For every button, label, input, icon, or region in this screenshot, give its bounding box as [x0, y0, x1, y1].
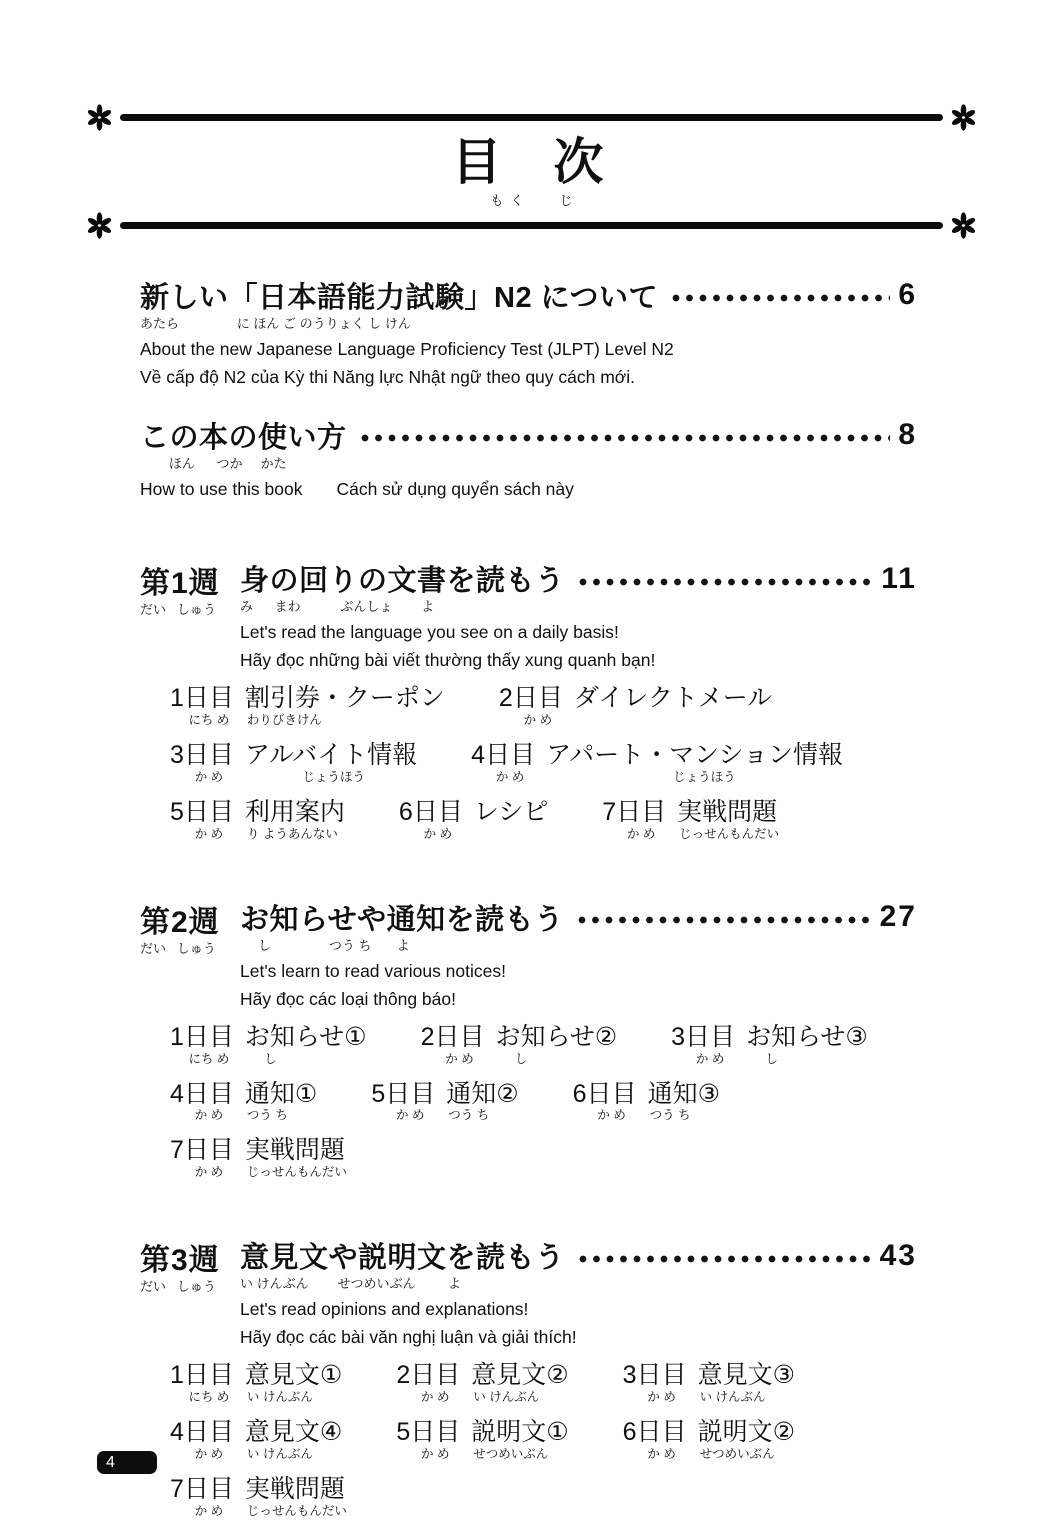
day-topic: アパート・マンション情報	[546, 741, 843, 770]
day-item: 1日目 お知らせ① にち め し	[170, 1023, 367, 1067]
day-topic-furigana: じっせんもんだい	[245, 1504, 347, 1519]
day-topic: 通知②	[446, 1080, 518, 1109]
entry-page-number: 6	[898, 278, 917, 312]
day-label-furigana: か め	[170, 1447, 234, 1462]
day-topic-furigana: せつめいぶん	[698, 1447, 795, 1462]
day-item: 4日目 意見文④ か め い けんぶん	[170, 1418, 342, 1462]
footer-page-number: 4	[106, 1454, 115, 1472]
day-item: 1日目 割引券・クーポン にち め わりびきけん	[170, 684, 445, 728]
day-label-furigana: か め	[371, 1108, 435, 1123]
week-page-number: 27	[880, 900, 917, 934]
day-label: 1日目	[170, 684, 234, 713]
day-topic-furigana: り ようあんない	[245, 827, 345, 842]
week-english-caption: Let's read opinions and explanations!	[240, 1299, 917, 1320]
day-item: 6日目 レシピ か め	[399, 798, 548, 842]
day-topic-furigana: じっせんもんだい	[677, 827, 779, 842]
day-topic: お知らせ①	[245, 1023, 367, 1052]
week-page-number: 43	[880, 1239, 917, 1273]
horizontal-rule	[120, 222, 943, 229]
week-title: お知らせや通知を読もう	[240, 897, 564, 938]
week-label-block: 第1週 だい しゅう	[140, 558, 240, 618]
week-label: 第1週	[140, 558, 240, 602]
day-topic-furigana: つう ち	[446, 1108, 518, 1123]
day-topic: 実戦問題	[245, 1136, 347, 1165]
week-label: 第3週	[140, 1235, 240, 1279]
day-item: 7日目 実戦問題 か め じっせんもんだい	[602, 798, 779, 842]
entry-english-caption: How to use this book	[140, 479, 302, 499]
week-label-furigana: だい しゅう	[140, 602, 240, 618]
day-topic-furigana: じょうほう	[546, 770, 843, 785]
day-topic: ダイレクトメール	[574, 684, 772, 713]
day-label-furigana: か め	[671, 1052, 735, 1067]
day-item: 4日目 通知① か め つう ち	[170, 1080, 317, 1124]
day-topic: 通知①	[245, 1080, 317, 1109]
day-item: 7日目 実戦問題 か め じっせんもんだい	[170, 1136, 347, 1180]
day-label: 6日目	[573, 1080, 637, 1109]
entry-caption-line: How to use this bookCách sử dụng quyển s…	[140, 479, 917, 500]
day-label: 1日目	[170, 1023, 234, 1052]
dot-leader	[670, 293, 890, 303]
day-item: 7日目 実戦問題 か め じっせんもんだい	[170, 1475, 347, 1519]
horizontal-rule	[120, 114, 943, 121]
day-topic: 利用案内	[245, 798, 345, 827]
day-label: 5日目	[396, 1418, 460, 1447]
day-label-furigana: か め	[573, 1108, 637, 1123]
entry-vietnamese-caption: Về cấp độ N2 của Kỳ thi Năng lực Nhật ng…	[140, 367, 917, 388]
day-topic-furigana: せつめいぶん	[471, 1447, 568, 1462]
day-label: 5日目	[371, 1080, 435, 1109]
day-label-furigana: にち め	[170, 1390, 234, 1405]
day-topic: 意見文①	[245, 1361, 342, 1390]
week-3-section: 第3週 だい しゅう 意見文や説明文を読もう 43 い けんぶん せつめいぶん …	[140, 1235, 917, 1519]
day-topic-furigana: じっせんもんだい	[245, 1165, 347, 1180]
day-label: 2日目	[421, 1023, 485, 1052]
day-topic: アルバイト情報	[245, 741, 417, 770]
day-topic-furigana: つう ち	[648, 1108, 720, 1123]
toc-header: 目 次 も く じ	[0, 0, 1063, 239]
header-rule-bottom	[86, 212, 977, 239]
day-label-furigana: か め	[623, 1447, 687, 1462]
front-entries: 新しい「日本語能力試験」N2 について 6 あたら に ほん ご のうりょく し…	[140, 275, 917, 501]
day-label: 3日目	[623, 1361, 687, 1390]
day-label-furigana: にち め	[170, 713, 234, 728]
entry-title: この本の使い方	[140, 415, 347, 456]
day-topic-furigana	[474, 827, 548, 842]
day-topic-furigana: し	[495, 1052, 617, 1067]
day-label-furigana: か め	[499, 713, 563, 728]
day-item: 5日目 利用案内 か め り ようあんない	[170, 798, 345, 842]
day-topic: 説明文②	[698, 1418, 795, 1447]
day-label-furigana: か め	[170, 827, 234, 842]
day-topic-furigana: し	[245, 1052, 367, 1067]
day-topic-furigana: い けんぶん	[245, 1447, 342, 1462]
day-label-furigana: か め	[471, 770, 535, 785]
footer-page-number-badge: 4	[97, 1451, 157, 1474]
day-label: 4日目	[170, 1418, 234, 1447]
flower-asterisk-icon	[86, 212, 113, 239]
entry-vietnamese-caption: Cách sử dụng quyển sách này	[336, 479, 573, 499]
day-topic: 意見文②	[471, 1361, 568, 1390]
day-topic-furigana: じょうほう	[245, 770, 417, 785]
day-topic: レシピ	[474, 798, 548, 827]
day-item: 5日目 通知② か め つう ち	[371, 1080, 518, 1124]
day-topic: 説明文①	[471, 1418, 568, 1447]
day-topic-furigana: つう ち	[245, 1108, 317, 1123]
day-label: 4日目	[170, 1080, 234, 1109]
day-topic: お知らせ③	[746, 1023, 868, 1052]
week-page-number: 11	[881, 562, 917, 596]
day-topic: 割引券・クーポン	[245, 684, 445, 713]
week-title-furigana: し つう ち よ	[240, 938, 917, 954]
day-topic: 実戦問題	[245, 1475, 347, 1504]
day-item: 3日目 アルバイト情報 か め じょうほう	[170, 741, 417, 785]
day-label-furigana: か め	[399, 827, 463, 842]
entry-english-caption: About the new Japanese Language Proficie…	[140, 339, 917, 360]
day-topic: お知らせ②	[495, 1023, 617, 1052]
day-label-furigana: か め	[396, 1447, 460, 1462]
week-label-block: 第2週 だい しゅう	[140, 897, 240, 957]
day-item: 2日目 意見文② か め い けんぶん	[396, 1361, 568, 1405]
week-english-caption: Let's learn to read various notices!	[240, 961, 917, 982]
day-label: 6日目	[623, 1418, 687, 1447]
day-topic: 意見文④	[245, 1418, 342, 1447]
entry-furigana: あたら に ほん ご のうりょく し けん	[140, 316, 917, 332]
week-title: 意見文や説明文を読もう	[240, 1235, 565, 1276]
day-label-furigana: か め	[623, 1390, 687, 1405]
week-vietnamese-caption: Hãy đọc các loại thông báo!	[240, 989, 917, 1010]
toc-entry-about-jlpt: 新しい「日本語能力試験」N2 について 6 あたら に ほん ご のうりょく し…	[140, 275, 917, 388]
flower-asterisk-icon	[950, 104, 977, 131]
week-label: 第2週	[140, 897, 240, 941]
week-days: 1日目 割引券・クーポン にち め わりびきけん 2日目 ダイレクトメール か …	[140, 684, 917, 841]
day-topic-furigana	[574, 713, 772, 728]
week-title-furigana: い けんぶん せつめいぶん よ	[240, 1276, 917, 1292]
day-label: 3日目	[170, 741, 234, 770]
day-topic-furigana: わりびきけん	[245, 713, 445, 728]
day-item: 6日目 説明文② か め せつめいぶん	[623, 1418, 795, 1462]
week-1-section: 第1週 だい しゅう 身の回りの文書を読もう 11 み まわ ぶんしょ よ Le…	[140, 558, 917, 842]
day-label: 5日目	[170, 798, 234, 827]
day-item: 3日目 意見文③ か め い けんぶん	[623, 1361, 795, 1405]
day-label: 3日目	[671, 1023, 735, 1052]
day-label-furigana: か め	[170, 1504, 234, 1519]
week-vietnamese-caption: Hãy đọc các bài văn nghị luận và giải th…	[240, 1327, 917, 1348]
page-title-furigana: も く じ	[86, 190, 977, 209]
dot-leader	[359, 433, 891, 443]
entry-title: 新しい「日本語能力試験」N2 について	[140, 275, 658, 316]
day-label-furigana: か め	[421, 1052, 485, 1067]
day-item: 6日目 通知③ か め つう ち	[573, 1080, 720, 1124]
entry-furigana: ほん つか かた	[140, 456, 917, 472]
week-days: 1日目 お知らせ① にち め し 2日目 お知らせ② か め し 3日目 お知ら…	[140, 1023, 917, 1180]
page-title: 目 次	[86, 136, 977, 189]
dot-leader	[576, 915, 872, 925]
week-title: 身の回りの文書を読もう	[240, 558, 565, 599]
day-label: 7日目	[170, 1475, 234, 1504]
day-topic: 実戦問題	[677, 798, 779, 827]
day-label-furigana: か め	[602, 827, 666, 842]
flower-asterisk-icon	[950, 212, 977, 239]
week-days: 1日目 意見文① にち め い けんぶん 2日目 意見文② か め い けんぶん…	[140, 1361, 917, 1518]
week-2-section: 第2週 だい しゅう お知らせや通知を読もう 27 し つう ち よ Let's…	[140, 897, 917, 1181]
day-item: 1日目 意見文① にち め い けんぶん	[170, 1361, 342, 1405]
day-label-furigana: か め	[170, 1165, 234, 1180]
dot-leader	[577, 1254, 872, 1264]
day-topic-furigana: い けんぶん	[471, 1390, 568, 1405]
day-topic-furigana: い けんぶん	[698, 1390, 795, 1405]
day-label-furigana: か め	[170, 770, 234, 785]
day-label: 1日目	[170, 1361, 234, 1390]
toc-content: 新しい「日本語能力試験」N2 について 6 あたら に ほん ご のうりょく し…	[0, 239, 1063, 1519]
day-item: 5日目 説明文① か め せつめいぶん	[396, 1418, 568, 1462]
day-item: 2日目 お知らせ② か め し	[421, 1023, 618, 1067]
week-title-furigana: み まわ ぶんしょ よ	[240, 599, 917, 615]
flower-asterisk-icon	[86, 104, 113, 131]
week-label-block: 第3週 だい しゅう	[140, 1235, 240, 1295]
day-item: 4日目 アパート・マンション情報 か め じょうほう	[471, 741, 843, 785]
week-label-furigana: だい しゅう	[140, 941, 240, 957]
day-label: 6日目	[399, 798, 463, 827]
day-topic-furigana: い けんぶん	[245, 1390, 342, 1405]
day-label: 7日目	[170, 1136, 234, 1165]
day-label-furigana: にち め	[170, 1052, 234, 1067]
day-label-furigana: か め	[396, 1390, 460, 1405]
day-label: 7日目	[602, 798, 666, 827]
week-english-caption: Let's read the language you see on a dai…	[240, 622, 917, 643]
day-label-furigana: か め	[170, 1108, 234, 1123]
week-label-furigana: だい しゅう	[140, 1279, 240, 1295]
day-topic-furigana: し	[746, 1052, 868, 1067]
day-topic: 通知③	[648, 1080, 720, 1109]
day-item: 3日目 お知らせ③ か め し	[671, 1023, 868, 1067]
day-topic: 意見文③	[698, 1361, 795, 1390]
day-label: 2日目	[396, 1361, 460, 1390]
day-label: 4日目	[471, 741, 535, 770]
dot-leader	[577, 577, 874, 587]
day-item: 2日目 ダイレクトメール か め	[499, 684, 772, 728]
toc-entry-how-to-use: この本の使い方 8 ほん つか かた How to use this bookC…	[140, 415, 917, 500]
day-label: 2日目	[499, 684, 563, 713]
header-rule-top	[86, 104, 977, 131]
entry-page-number: 8	[898, 418, 917, 452]
week-vietnamese-caption: Hãy đọc những bài viết thường thấy xung …	[240, 650, 917, 671]
